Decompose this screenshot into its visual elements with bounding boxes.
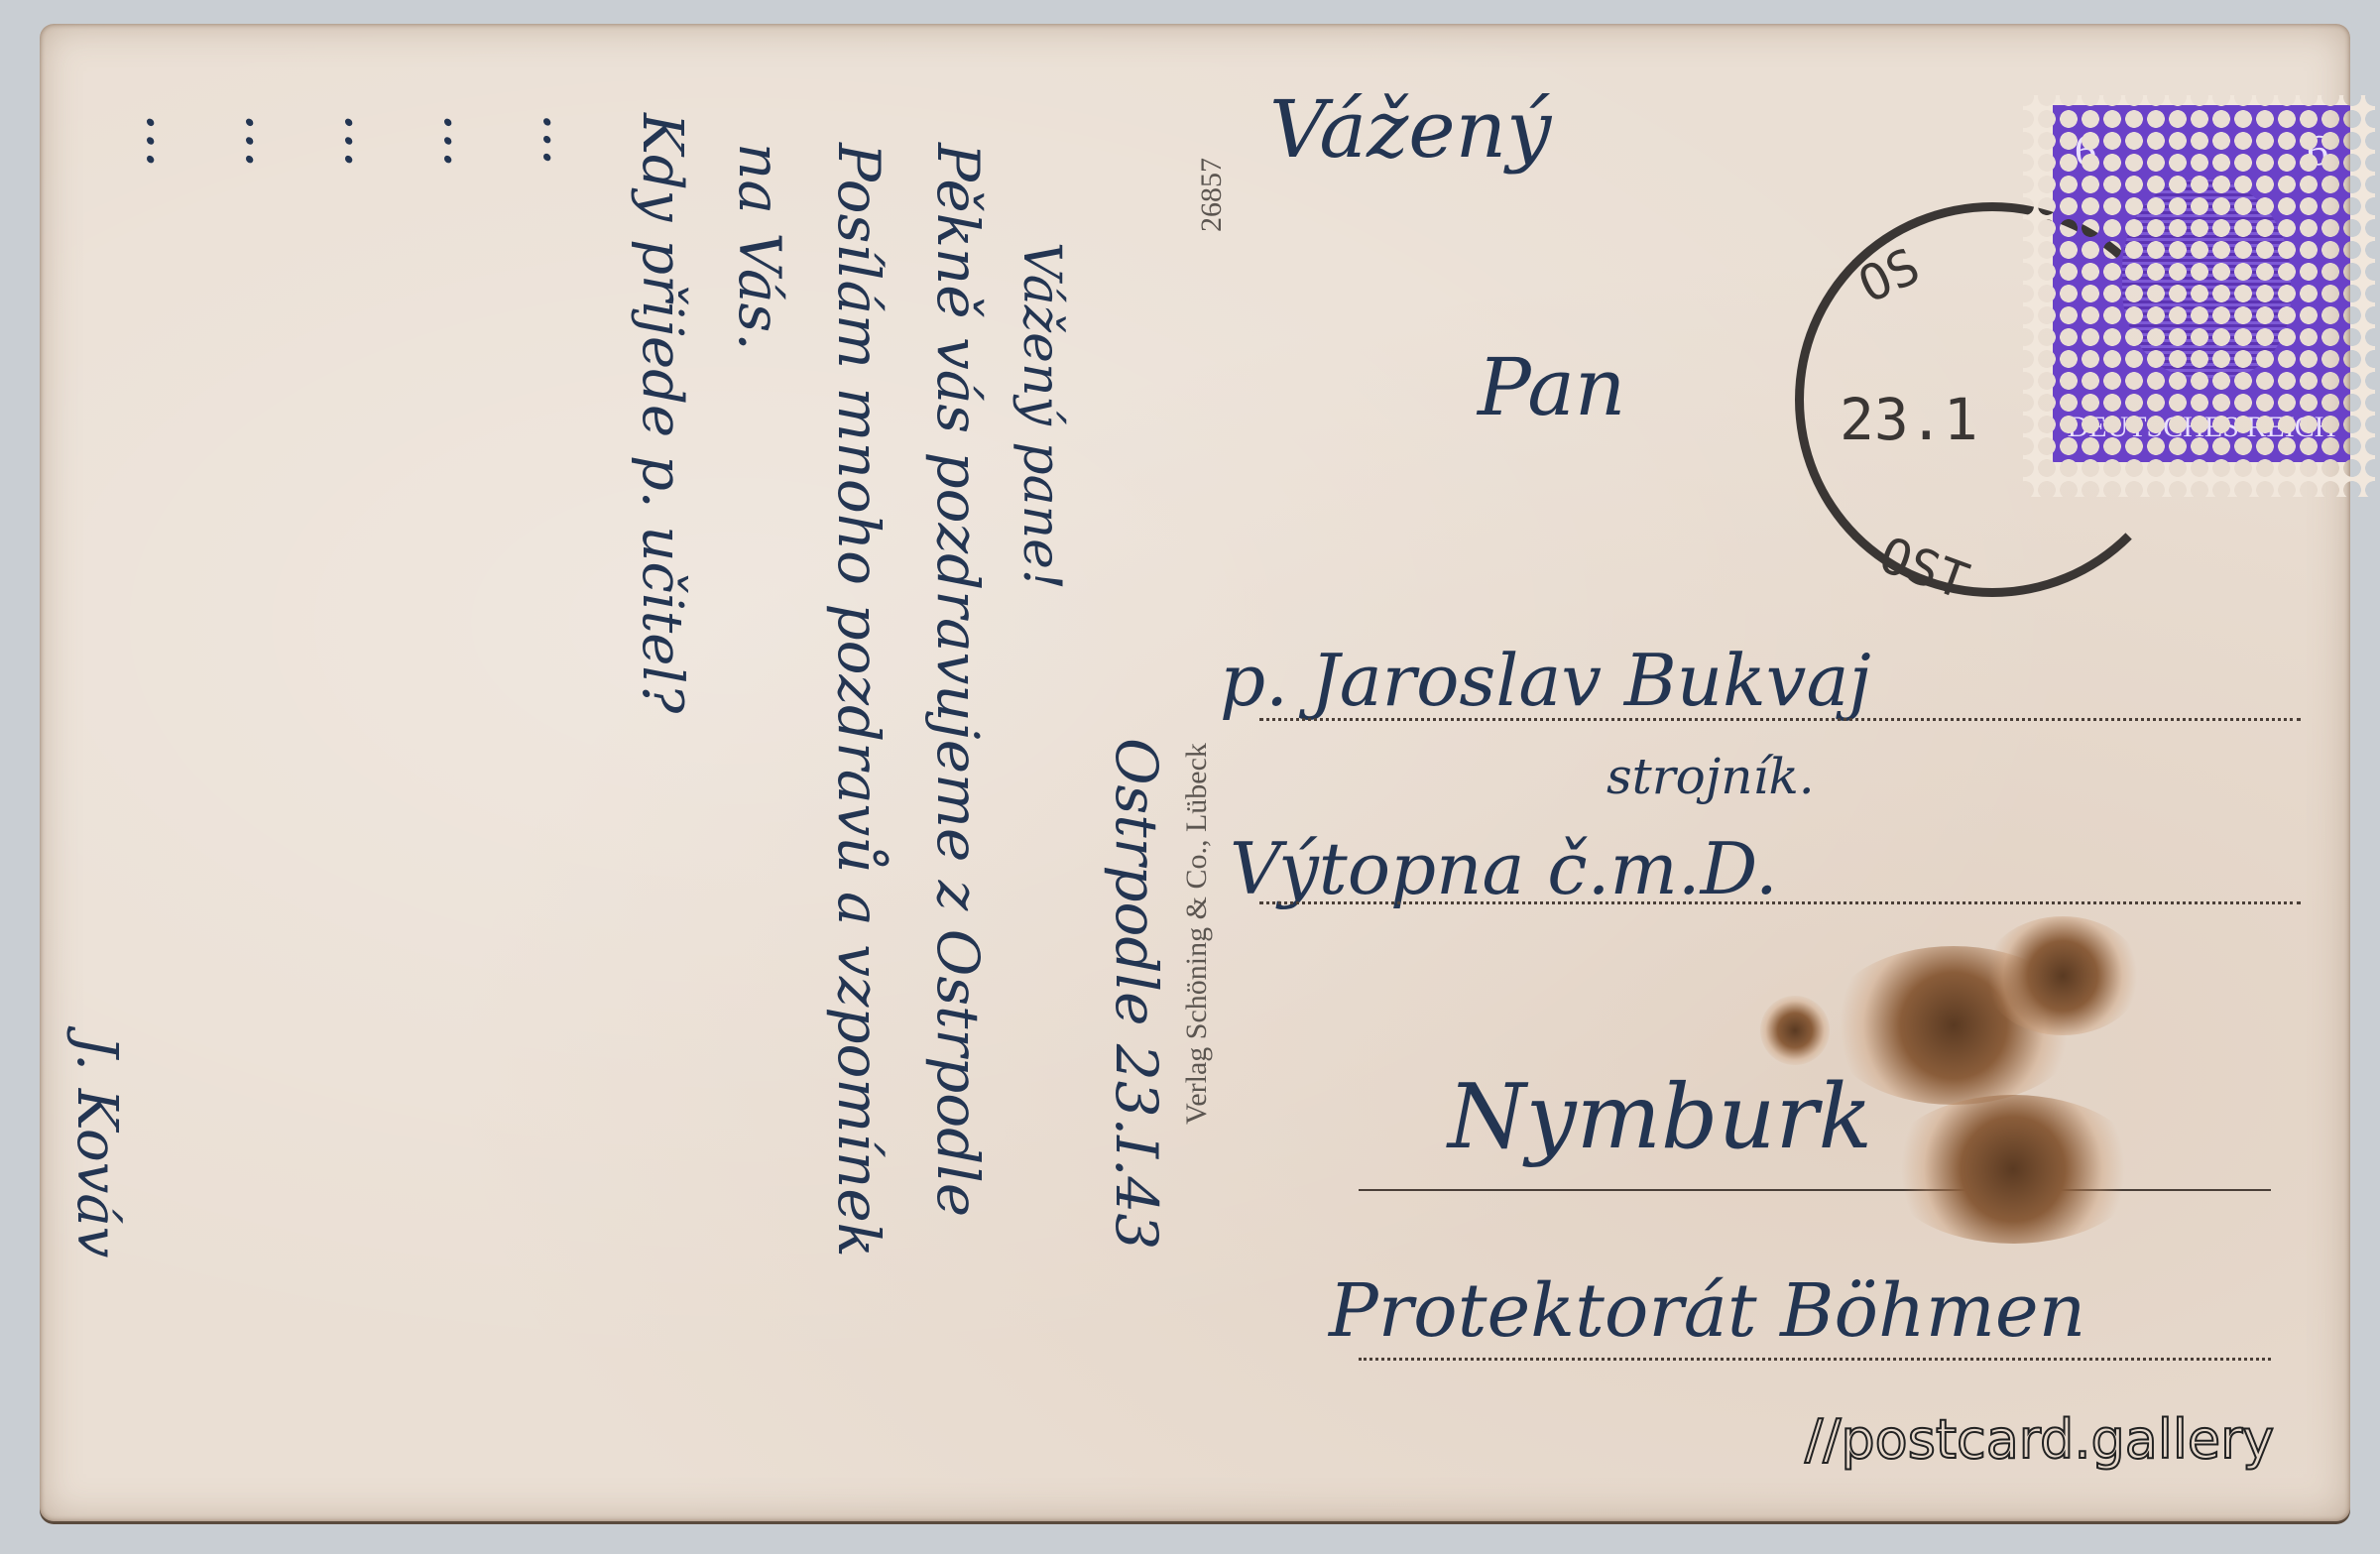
address-salutation: Vážený [1269,83,1551,176]
stamp-value: 6 [2075,125,2096,176]
stamp-country: DEUTSCHES REICH [2053,411,2350,444]
message-line: … [233,113,297,169]
address-city: Nymburk [1448,1065,1872,1169]
stain [1884,1095,2142,1244]
publisher-imprint: Verlag Schöning & Co., Lübeck [1180,743,1214,1125]
portrait-icon [2122,179,2291,378]
message-line: Ostrpodle 23.I.43 [1103,738,1170,1250]
stamp-face: 6 6 DEUTSCHES REICH [2053,105,2350,462]
address-line [1259,718,2301,721]
watermark: //postcard.gallery [1805,1408,2274,1471]
message-line: Posílám mnoho pozdravů a vzpomínek [825,143,892,1257]
postmark-date: 23.1 [1840,386,1978,453]
address-title: Pan [1478,341,1625,433]
message-line: ... [531,113,595,166]
message-line: Pěkně vás pozdravujeme z Ostrpodle [924,143,992,1217]
message-line: na Vás. [726,143,793,351]
message-line: Vážený pane! [1011,242,1071,590]
postcard: Ostrpodle 23.I.43 Vážený pane! Pěkně vás… [40,24,2350,1521]
catalog-number: 26857 [1195,158,1229,232]
stain [1760,996,1830,1065]
message-line: … [431,113,496,169]
signature: J. Kováv [64,1035,129,1257]
address-occupation: strojník. [1606,748,1815,805]
address-name: p. Jaroslav Bukvaj [1220,639,1871,722]
stain [1983,916,2142,1035]
address-workplace: Výtopna č.m.D. [1230,827,1778,910]
address-line [1359,1358,2271,1361]
message-line: … [134,113,198,169]
message-line: Kdy přijede p. učitel? [630,113,694,713]
address-line [1259,901,2301,904]
message-line: … [332,113,397,169]
stamp-value: 6 [2307,125,2328,176]
address-region: Protektorát Böhmen [1329,1268,2085,1354]
postage-stamp: 6 6 DEUTSCHES REICH [2023,95,2375,497]
